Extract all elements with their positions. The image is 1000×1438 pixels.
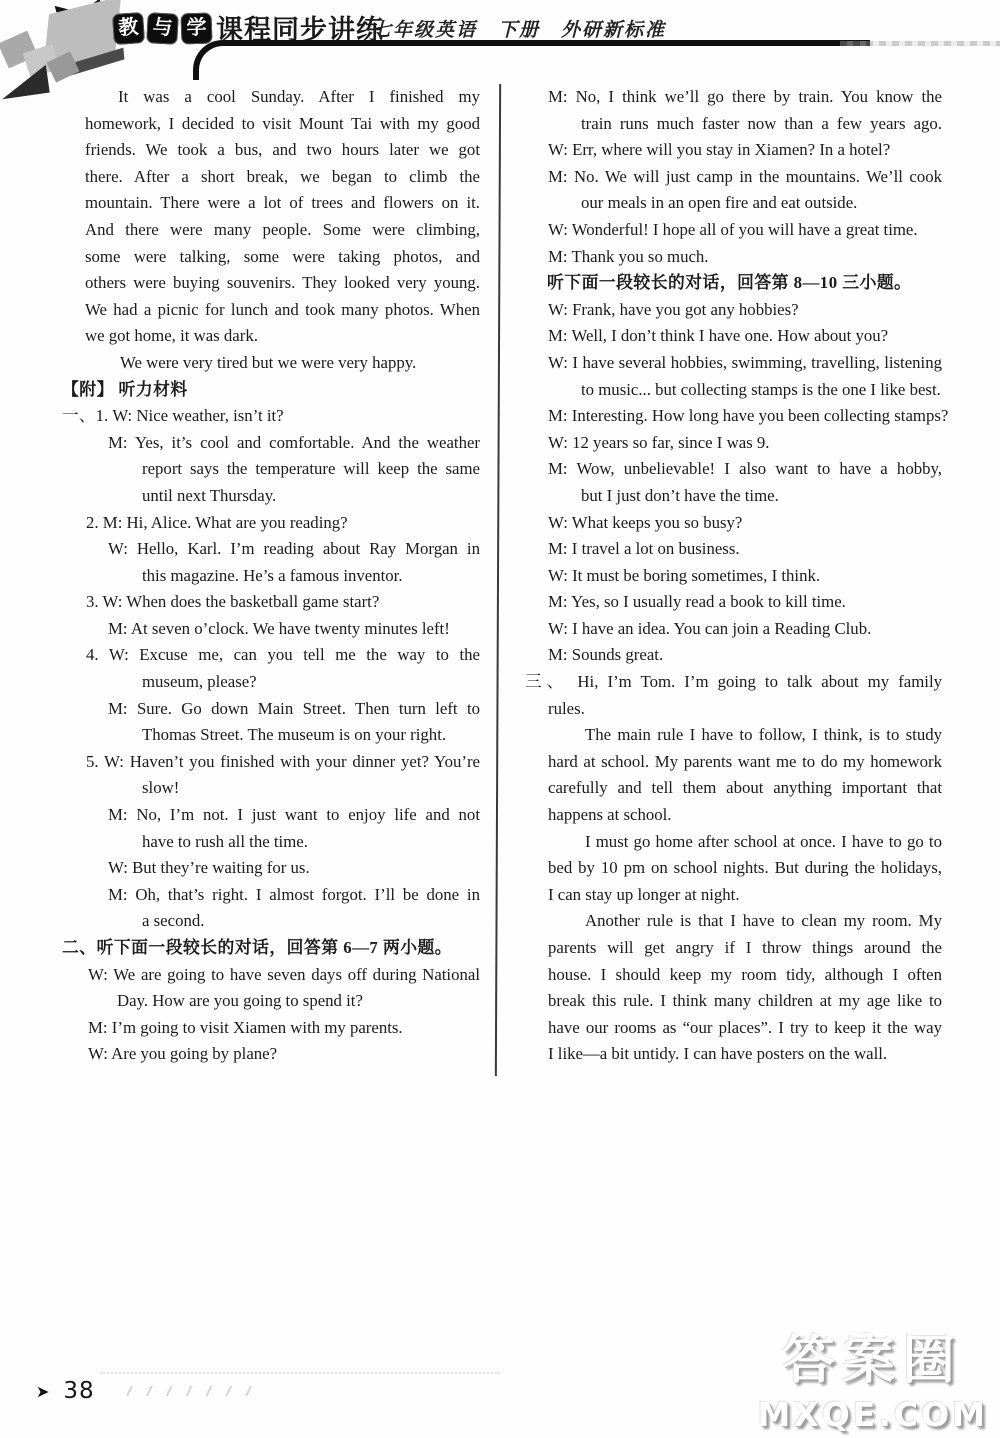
text-line: others were buying souvenirs. They looke… [62, 270, 480, 297]
text-line: have our rooms as “our places”. I try to… [525, 1015, 942, 1042]
text-line: this magazine. He’s a famous inventor. [62, 563, 480, 590]
column-divider [495, 84, 501, 1076]
text-line: M: Thank you so much. [525, 244, 942, 271]
text-line: M: At seven o’clock. We have twenty minu… [62, 616, 480, 643]
text-line: we got home, it was dark. [62, 323, 480, 350]
text-line: slow! [62, 775, 480, 802]
text-line: W: I have several hobbies, swimming, tra… [525, 350, 942, 377]
text-line: M: Yes, so I usually read a book to kill… [525, 589, 942, 616]
text-line: bed by 10 pm on school nights. But durin… [525, 855, 942, 882]
text-line: Thomas Street. The museum is on your rig… [62, 722, 480, 749]
text-line: there. After a short break, we began to … [62, 164, 480, 191]
page-footer: ➤ 38 [36, 1378, 263, 1404]
text-line: M: I’m going to visit Xiamen with my par… [62, 1015, 480, 1042]
text-line: happens at school. [525, 802, 942, 829]
header-rule-smudge [840, 41, 1000, 46]
text-line: 三、 Hi, I’m Tom. I’m going to talk about … [525, 669, 942, 696]
header-rule [193, 40, 870, 80]
text-line: have to rush all the time. [62, 829, 480, 856]
text-line: W: Are you going by plane? [62, 1041, 480, 1068]
text-line: 听下面一段较长的对话，回答第 8—10 三小题。 [525, 270, 942, 297]
text-line: Another rule is that I have to clean my … [525, 908, 942, 935]
text-line: We were very tired but we were very happ… [62, 350, 480, 377]
text-line: M: Sounds great. [525, 642, 942, 669]
text-line: W: Hello, Karl. I’m reading about Ray Mo… [62, 536, 480, 563]
text-line: parents will get angry if I throw things… [525, 935, 942, 962]
text-line: W: But they’re waiting for us. [62, 855, 480, 882]
text-line: It was a cool Sunday. After I finished m… [62, 84, 480, 111]
text-line: M: I travel a lot on business. [525, 536, 942, 563]
text-line: friends. We took a bus, and two hours la… [62, 137, 480, 164]
text-line: M: No, I think we’ll go there by train. … [525, 84, 942, 111]
brand-logo: 教 与 学 [113, 13, 212, 44]
two-column-body: It was a cool Sunday. After I finished m… [62, 84, 942, 1076]
footer-dotted-line [100, 1372, 500, 1374]
text-line: break this rule. I think many children a… [525, 988, 942, 1015]
text-line: a second. [62, 908, 480, 935]
text-line: M: No. We will just camp in the mountain… [525, 164, 942, 191]
text-line: hard at school. My parents want me to do… [525, 749, 942, 776]
text-line: And there were many people. Some were cl… [62, 217, 480, 244]
text-line: The main rule I have to follow, I think,… [525, 722, 942, 749]
text-line: 3. W: When does the basketball game star… [62, 589, 480, 616]
page-arrow-icon: ➤ [36, 1382, 49, 1401]
text-line: W: Err, where will you stay in Xiamen? I… [525, 137, 942, 164]
text-line: report says the temperature will keep th… [62, 456, 480, 483]
text-line: W: 12 years so far, since I was 9. [525, 430, 942, 457]
text-line: W: What keeps you so busy? [525, 510, 942, 537]
left-column: It was a cool Sunday. After I finished m… [62, 84, 480, 1076]
text-line: W: We are going to have seven days off d… [62, 962, 480, 989]
text-line: carefully and tell them about anything i… [525, 775, 942, 802]
text-line: W: Wonderful! I hope all of you will hav… [525, 217, 942, 244]
edition-subtitle: 七年级英语 下册 外研新标准 [372, 15, 666, 42]
watermark-site-text: MXQE.COM [757, 1395, 988, 1434]
text-line: W: Frank, have you got any hobbies? [525, 297, 942, 324]
scanned-textbook-page: 教 与 学 课程同步讲练 七年级英语 下册 外研新标准 It was a coo… [0, 0, 1000, 1438]
logo-square: 与 [146, 12, 179, 45]
text-line: 【附】 听力材料 [62, 377, 480, 404]
logo-square: 教 [112, 12, 145, 45]
text-line: W: I have an idea. You can join a Readin… [525, 616, 942, 643]
decoration-shape [0, 65, 50, 99]
logo-square: 学 [180, 12, 212, 44]
text-line: I can stay up longer at night. [525, 882, 942, 909]
watermark: 答案圈 MXQE.COM [757, 1318, 988, 1434]
text-line: to music... but collecting stamps is the… [525, 377, 942, 404]
text-line: I like—a bit untidy. I can have posters … [525, 1041, 942, 1068]
text-line: museum, please? [62, 669, 480, 696]
text-line: 4. W: Excuse me, can you tell me the way… [62, 642, 480, 669]
text-line: rules. [525, 696, 942, 723]
text-line: I must go home after school at once. I h… [525, 829, 942, 856]
text-line: M: Yes, it’s cool and comfortable. And t… [62, 430, 480, 457]
text-line: W: It must be boring sometimes, I think. [525, 563, 942, 590]
text-line: 2. M: Hi, Alice. What are you reading? [62, 510, 480, 537]
text-line: mountain. There were a lot of trees and … [62, 190, 480, 217]
footer-dashes [113, 1386, 263, 1396]
text-line: M: Wow, unbelievable! I also want to hav… [525, 456, 942, 483]
text-line: house. I should keep my room tidy, altho… [525, 962, 942, 989]
text-line: some were talking, some were taking phot… [62, 244, 480, 271]
text-line: M: No, I’m not. I just want to enjoy lif… [62, 802, 480, 829]
text-line: 一、1. W: Nice weather, isn’t it? [62, 403, 480, 430]
text-line: M: Oh, that’s right. I almost forgot. I’… [62, 882, 480, 909]
watermark-logo-text: 答案圈 [757, 1318, 988, 1393]
text-line: 5. W: Haven’t you finished with your din… [62, 749, 480, 776]
text-line: Day. How are you going to spend it? [62, 988, 480, 1015]
text-line: homework, I decided to visit Mount Tai w… [62, 111, 480, 138]
page-number: 38 [63, 1378, 94, 1404]
text-line: train runs much faster now than a few ye… [525, 111, 942, 138]
text-line: until next Thursday. [62, 483, 480, 510]
text-line: M: Sure. Go down Main Street. Then turn … [62, 696, 480, 723]
text-line: but I just don’t have the time. [525, 483, 942, 510]
right-column: M: No, I think we’ll go there by train. … [525, 84, 942, 1076]
text-line: M: Well, I don’t think I have one. How a… [525, 323, 942, 350]
text-line: We had a picnic for lunch and took many … [62, 297, 480, 324]
text-line: M: Interesting. How long have you been c… [525, 403, 942, 430]
text-line: our meals in an open fire and eat outsid… [525, 190, 942, 217]
text-line: 二、听下面一段较长的对话，回答第 6—7 两小题。 [62, 935, 480, 962]
